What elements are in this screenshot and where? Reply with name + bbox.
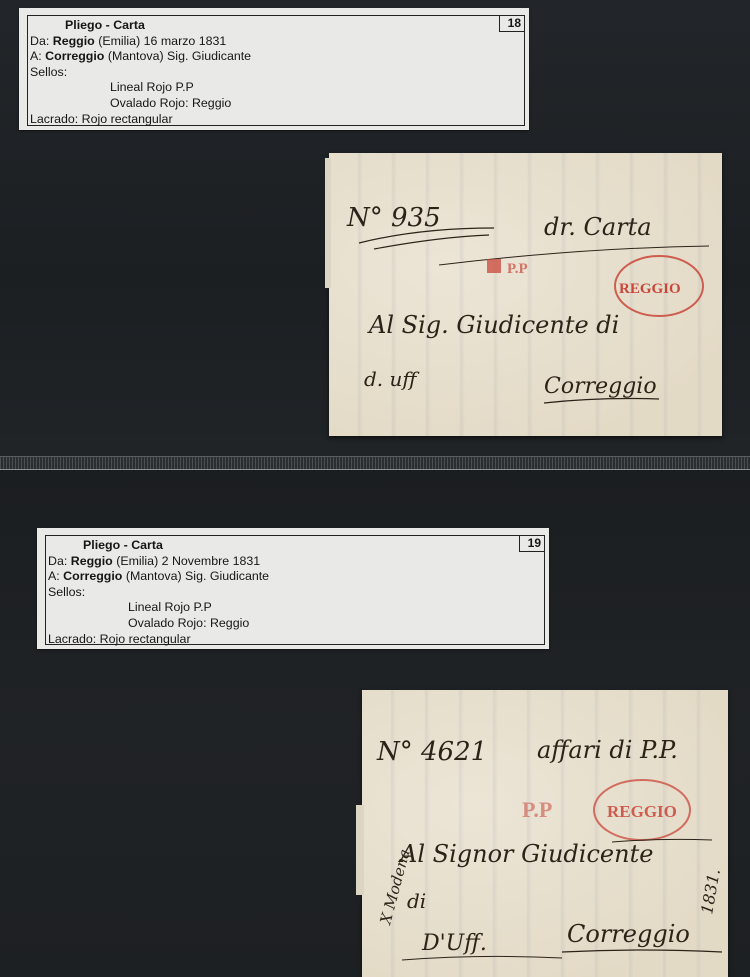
letter-ink: N° 935 dr. Carta P.P REGGIO Al Sig. Giud… <box>329 153 722 436</box>
destination: Correggio <box>567 920 690 948</box>
item-number: 18 <box>499 15 525 32</box>
label-frame: 18 Pliego - Carta Da: Reggio (Emilia) 16… <box>27 15 525 126</box>
stamps-label: Sellos: <box>30 65 524 81</box>
addressee: Al Sig. Giudicente di <box>367 311 619 339</box>
letter-ink: N° 4621 affari di P.P. P.P REGGIO Al Sig… <box>362 690 728 977</box>
oval-stamp-text: REGGIO <box>619 281 681 297</box>
reference-number: N° 4621 <box>376 737 487 767</box>
linear-stamp: P.P <box>507 261 528 277</box>
item-title: Pliego - Carta <box>48 538 544 554</box>
item-label-19: 19 Pliego - Carta Da: Reggio (Emilia) 2 … <box>37 528 549 649</box>
linear-stamp: P.P <box>522 797 552 822</box>
to-line: A: Correggio (Mantova) Sig. Giudicante <box>30 49 524 65</box>
stamp-oval: Ovalado Rojo: Reggio <box>48 616 544 632</box>
from-line: Da: Reggio (Emilia) 16 marzo 1831 <box>30 34 524 50</box>
stamp-oval: Ovalado Rojo: Reggio <box>30 96 524 112</box>
rate-note: dr. Carta <box>544 213 652 241</box>
item-title: Pliego - Carta <box>30 18 524 34</box>
to-line: A: Correggio (Mantova) Sig. Giudicante <box>48 569 544 585</box>
rate-note: affari di P.P. <box>537 736 678 764</box>
reference-number: N° 935 <box>346 203 441 233</box>
stamps-label: Sellos: <box>48 585 544 601</box>
destination: Correggio <box>544 374 657 399</box>
stamp-linear: Lineal Rojo P.P <box>48 600 544 616</box>
cover-letter-19: N° 4621 affari di P.P. P.P REGGIO Al Sig… <box>362 690 728 977</box>
side-note: X Modena <box>376 847 414 927</box>
addressee: Al Signor Giudicente <box>398 840 653 868</box>
docket-date: 1831. <box>697 867 724 915</box>
postage-note: d. uff <box>364 367 420 391</box>
from-line: Da: Reggio (Emilia) 2 Novembre 1831 <box>48 554 544 570</box>
item-label-18: 18 Pliego - Carta Da: Reggio (Emilia) 16… <box>19 8 529 130</box>
cover-letter-18: N° 935 dr. Carta P.P REGGIO Al Sig. Giud… <box>329 153 722 436</box>
postage-note: di <box>407 889 426 913</box>
seal-line: Lacrado: Rojo rectangular <box>30 112 524 128</box>
linear-stamp-mark <box>487 259 501 273</box>
oval-stamp-text: REGGIO <box>607 802 677 821</box>
page-divider-rail <box>0 456 750 471</box>
item-number: 19 <box>519 535 545 552</box>
postage-note-2: D'Uff. <box>421 931 487 956</box>
seal-line: Lacrado: Rojo rectangular <box>48 632 544 648</box>
label-frame: 19 Pliego - Carta Da: Reggio (Emilia) 2 … <box>45 535 545 645</box>
stamp-linear: Lineal Rojo P.P <box>30 80 524 96</box>
